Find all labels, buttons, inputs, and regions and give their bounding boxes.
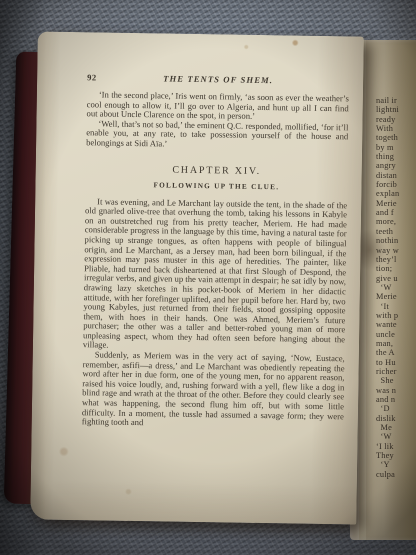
chapter-heading: CHAPTER XIV. xyxy=(86,163,348,178)
chapter-subtitle: FOLLOWING UP THE CLUE. xyxy=(85,180,347,192)
right-page-line-fragment: togeth xyxy=(376,133,416,142)
right-page-line-fragment: forcib xyxy=(376,180,416,189)
right-page-line-fragment: teeth xyxy=(376,227,416,236)
right-page-line-fragment: man, xyxy=(376,339,416,348)
right-page-line-fragment: angry xyxy=(376,161,416,170)
page-content: 92 THE TENTS OF SHEM. ‘In the second pla… xyxy=(80,72,349,514)
right-page-line-fragment: by m xyxy=(376,143,416,152)
right-page-line-fragment: Me xyxy=(376,423,416,432)
right-page-line-fragment: and f xyxy=(376,208,416,217)
left-page: 92 THE TENTS OF SHEM. ‘In the second pla… xyxy=(30,31,364,524)
right-page-line-fragment: ‘D xyxy=(376,404,416,413)
right-page-line-fragment: nothin xyxy=(376,236,416,245)
right-page-line-fragment: lightni xyxy=(376,105,416,114)
body-paragraph-1: It was evening, and Le Marchant lay outs… xyxy=(83,197,347,355)
right-page-line-fragment: distan xyxy=(376,171,416,180)
right-page-line-fragment: Merie xyxy=(376,292,416,301)
right-page-line-fragment: and n xyxy=(376,395,416,404)
right-page-line-fragment: thing xyxy=(376,152,416,161)
right-page-line-fragment: they’l xyxy=(376,255,416,264)
right-page-line-fragment: richer xyxy=(376,367,416,376)
right-page-line-fragment: culpa xyxy=(376,470,416,479)
right-page-line-fragment: give u xyxy=(376,274,416,283)
right-page-line-fragment: With xyxy=(376,124,416,133)
right-page-line-fragment: nail ir xyxy=(376,96,416,105)
right-page-line-fragment: She xyxy=(376,376,416,385)
right-page-line-fragment: dislik xyxy=(376,414,416,423)
body-paragraph-2: Suddenly, as Meriem was in the very act … xyxy=(82,350,345,431)
right-page-line-fragment: more, xyxy=(376,217,416,226)
right-page-line-fragment: Merie xyxy=(376,199,416,208)
right-page-line-fragment: ‘Y xyxy=(376,460,416,469)
right-page-line-fragment: ‘I lik xyxy=(376,442,416,451)
right-page-line-fragment: They xyxy=(376,451,416,460)
right-page-line-fragment: explan xyxy=(376,189,416,198)
right-page-line-fragment: tion; xyxy=(376,264,416,273)
right-page-line-fragment: with p xyxy=(376,311,416,320)
right-page-line-fragment: uncle xyxy=(376,330,416,339)
page-header: 92 THE TENTS OF SHEM. xyxy=(87,72,349,87)
right-page-line-fragment: way w xyxy=(376,246,416,255)
right-page-line-fragment: to Hu xyxy=(376,358,416,367)
right-page-text: nail irlightnireadyWithtogethby mthingan… xyxy=(376,96,416,479)
running-title: THE TENTS OF SHEM. xyxy=(87,72,349,86)
right-page-line-fragment: the A xyxy=(376,348,416,357)
right-page-line-fragment: ‘It xyxy=(376,302,416,311)
right-page-line-fragment: was n xyxy=(376,386,416,395)
right-page-line-fragment: wante xyxy=(376,320,416,329)
right-page-line-fragment: ‘W xyxy=(376,432,416,441)
paragraph-dialogue-2: ‘Well, that’s not so bad,’ the eminent Q… xyxy=(86,119,348,152)
right-page-line-fragment: ready xyxy=(376,115,416,124)
right-page-line-fragment: ‘W xyxy=(376,283,416,292)
chapter-heading-block: CHAPTER XIV. FOLLOWING UP THE CLUE. xyxy=(85,163,347,192)
book-photo: nail irlightnireadyWithtogethby mthingan… xyxy=(0,0,416,555)
